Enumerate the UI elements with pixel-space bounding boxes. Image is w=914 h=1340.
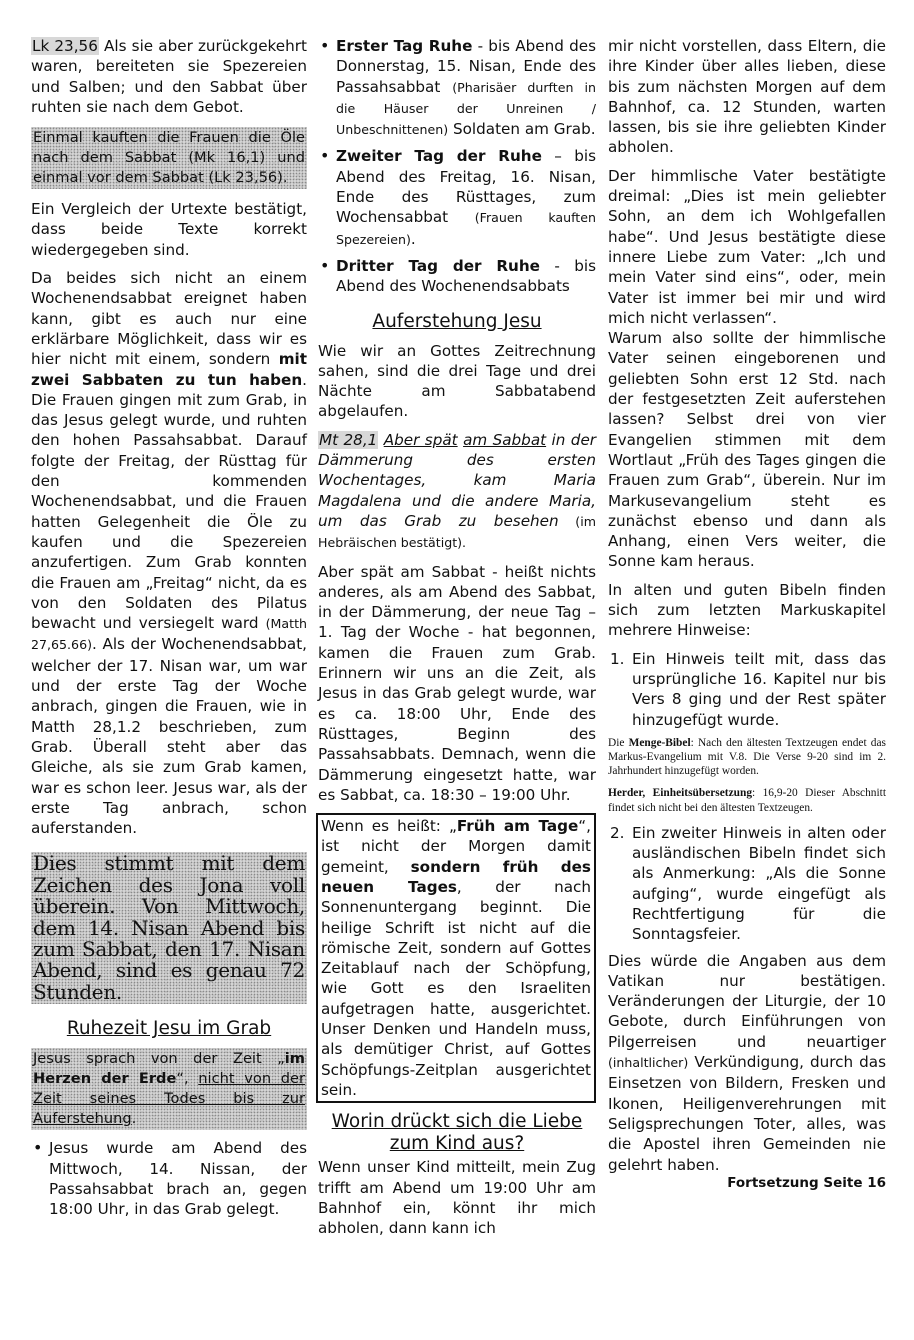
paragraph-spaet-am-sabbat: Aber spät am Sabbat - heißt nichts ander… bbox=[318, 562, 596, 806]
paragraph-lk-23-56: Lk 23,56 Als sie aber zurückgekehrt ware… bbox=[31, 36, 307, 117]
list-item: Dritter Tag der Ruhe - bis Abend des Woc… bbox=[318, 256, 596, 297]
section-heading-auferstehung: Auferstehung Jesu bbox=[318, 311, 596, 333]
paragraph-comparison: Ein Vergleich der Urtexte bestätigt, das… bbox=[31, 199, 307, 260]
column-1: Lk 23,56 Als sie aber zurückgekehrt ware… bbox=[31, 36, 307, 1227]
scripture-reference: Mt 28,1 bbox=[318, 431, 378, 449]
shaded-callout-jona: Dies stimmt mit dem Zeichen des Jona vol… bbox=[31, 852, 307, 1004]
note-herder: Herder, Einheitsübersetzung: 16,9-20 Die… bbox=[608, 786, 886, 814]
boxed-callout-frueh-am-tage: Wenn es heißt: „Früh am Tage“, ist nicht… bbox=[316, 813, 596, 1103]
bullet-list-rest-days: Erster Tag Ruhe - bis Abend des Donnerst… bbox=[318, 36, 596, 297]
numbered-list-hinweise-2: 2.Ein zweiter Hinweis in alten oder ausl… bbox=[608, 823, 886, 945]
scripture-reference: Lk 23,56 bbox=[31, 37, 99, 55]
column-3: mir nicht vorstellen, dass Eltern, die i… bbox=[608, 36, 886, 1193]
paragraph-vatikan: Dies würde die Angaben aus dem Vatikan n… bbox=[608, 951, 886, 1175]
paragraph-mt-28-1: Mt 28,1 Aber spät am Sabbat in der Dämme… bbox=[318, 430, 596, 554]
list-item: Erster Tag Ruhe - bis Abend des Donnerst… bbox=[318, 36, 596, 140]
column-2: Erster Tag Ruhe - bis Abend des Donnerst… bbox=[318, 36, 596, 1246]
paragraph-warum: Warum also sollte der himmlische Vater s… bbox=[608, 328, 886, 572]
note-menge-bibel: Die Menge-Bibel: Nach den ältesten Textz… bbox=[608, 736, 886, 779]
list-item: 1.Ein Hinweis teilt mit, dass das ursprü… bbox=[608, 649, 886, 730]
section-heading-ruhezeit: Ruhezeit Jesu im Grab bbox=[31, 1018, 307, 1040]
paragraph-kind-zug: Wenn unser Kind mitteilt, mein Zug triff… bbox=[318, 1157, 596, 1238]
shaded-callout-herzen: Jesus sprach von der Zeit „im Herzen der… bbox=[31, 1048, 307, 1130]
paragraph-alte-bibeln: In alten und guten Bibeln finden sich zu… bbox=[608, 580, 886, 641]
paragraph-himmlischer-vater: Der himmlische Vater bestätigte dreimal:… bbox=[608, 166, 886, 328]
bullet-list-burial: Jesus wurde am Abend des Mittwoch, 14. N… bbox=[31, 1138, 307, 1219]
numbered-list-hinweise-1: 1.Ein Hinweis teilt mit, dass das ursprü… bbox=[608, 649, 886, 730]
paragraph-gottes-zeitrechnung: Wie wir an Gottes Zeitrechnung sahen, si… bbox=[318, 341, 596, 422]
list-item: Jesus wurde am Abend des Mittwoch, 14. N… bbox=[31, 1138, 307, 1219]
list-item: 2.Ein zweiter Hinweis in alten oder ausl… bbox=[608, 823, 886, 945]
list-item: Zweiter Tag der Ruhe – bis Abend des Fre… bbox=[318, 146, 596, 249]
paragraph-eltern: mir nicht vorstellen, dass Eltern, die i… bbox=[608, 36, 886, 158]
section-heading-liebe-zum-kind: Worin drückt sich die Liebe zum Kind aus… bbox=[318, 1111, 596, 1155]
continuation-note: Fortsetzung Seite 16 bbox=[608, 1173, 886, 1193]
shaded-callout-oils: Einmal kauften die Frauen die Öle nach d… bbox=[31, 127, 307, 189]
paragraph-two-sabbaths: Da beides sich nicht an einem Wochenends… bbox=[31, 268, 307, 838]
